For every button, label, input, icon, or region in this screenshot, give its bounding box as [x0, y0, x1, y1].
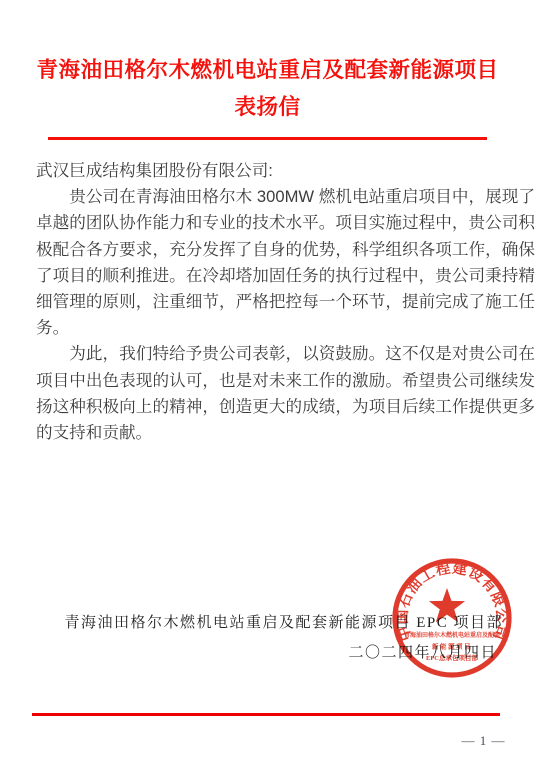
- letter-title-line2: 表扬信: [0, 89, 535, 126]
- star-icon: [429, 588, 465, 622]
- letter-title-line1: 青海油田格尔木燃机电站重启及配套新能源项目: [0, 52, 535, 89]
- body-paragraph-2: 为此，我们特给予贵公司表彰，以资鼓励。这不仅是对贵公司在项目中出色表现的认可，也…: [36, 341, 535, 446]
- letter-page: 青海油田格尔木燃机电站重启及配套新能源项目 表扬信 武汉巨成结构集团股份有限公司…: [0, 0, 551, 767]
- seal-text-line2: 新能源项目: [432, 642, 472, 651]
- seal-text-line1: 青海油田格尔木燃机电站重启及配套: [404, 631, 500, 639]
- page-number: — 1 —: [446, 733, 521, 749]
- official-seal: 中国石油工程建设有限公司 青海油田格尔木燃机电站重启及配套 新能源项目 EPC总…: [389, 555, 515, 681]
- footer-rule: [32, 713, 500, 716]
- title-underline-rule: [48, 137, 487, 140]
- letter-title: 青海油田格尔木燃机电站重启及配套新能源项目 表扬信: [0, 52, 535, 126]
- seal-company-arc-text: 中国石油工程建设有限公司: [393, 559, 511, 643]
- salutation: 武汉巨成结构集团股份有限公司:: [36, 158, 535, 184]
- body-paragraph-1: 贵公司在青海油田格尔木 300MW 燃机电站重启项目中，展现了卓越的团队协作能力…: [36, 184, 535, 341]
- seal-text-line3: EPC总承包项目部: [426, 653, 479, 662]
- letter-body: 武汉巨成结构集团股份有限公司: 贵公司在青海油田格尔木 300MW 燃机电站重启…: [36, 158, 535, 446]
